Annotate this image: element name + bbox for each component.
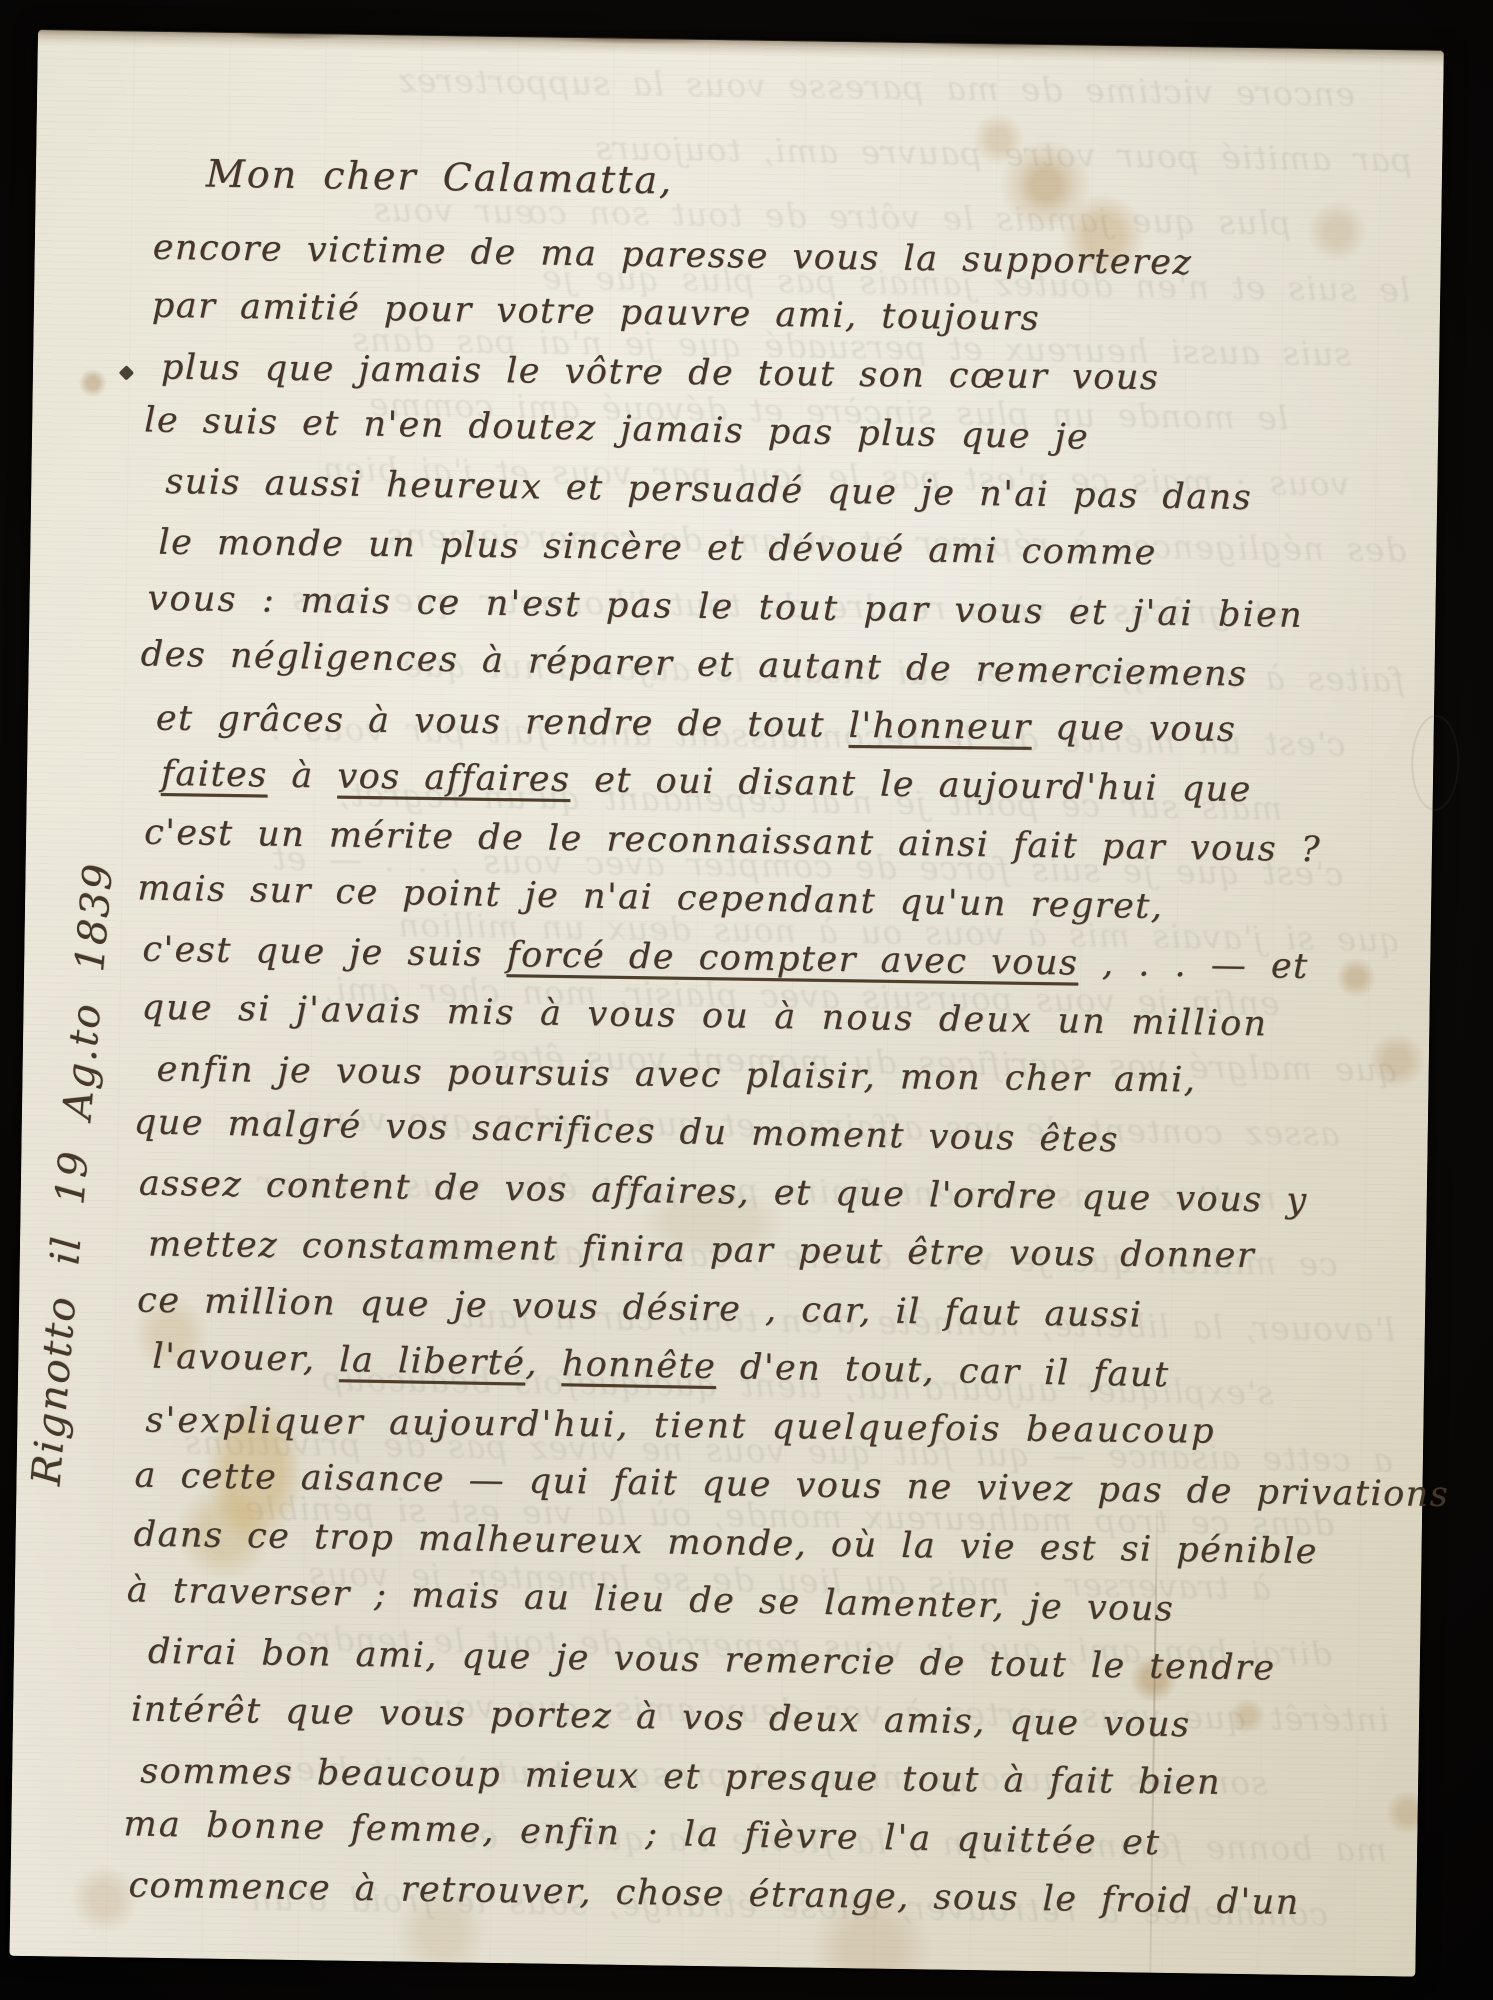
paper-torn-top-edge: [38, 29, 1444, 66]
letter-line: s'expliquer aujourd'hui, tient quelquefo…: [145, 1391, 1406, 1463]
letter-body-lines: encore victime de ma paresse vous la sup…: [128, 218, 1423, 1933]
salutation: Mon cher Calamatta,: [205, 145, 1424, 222]
embossed-mark: [1411, 714, 1460, 811]
photo-backdrop: { "letter": { "margin_note": "Rignotto i…: [0, 0, 1493, 2000]
ghost-line: encore victime de ma paresse vous la sup…: [63, 42, 1356, 126]
letter-page: encore victime de ma paresse vous la sup…: [9, 30, 1443, 1977]
letter-body: Mon cher Calamatta, encore victime de ma…: [128, 144, 1424, 1934]
letter-line: et grâces à vous rendre de tout l'honneu…: [156, 689, 1417, 761]
